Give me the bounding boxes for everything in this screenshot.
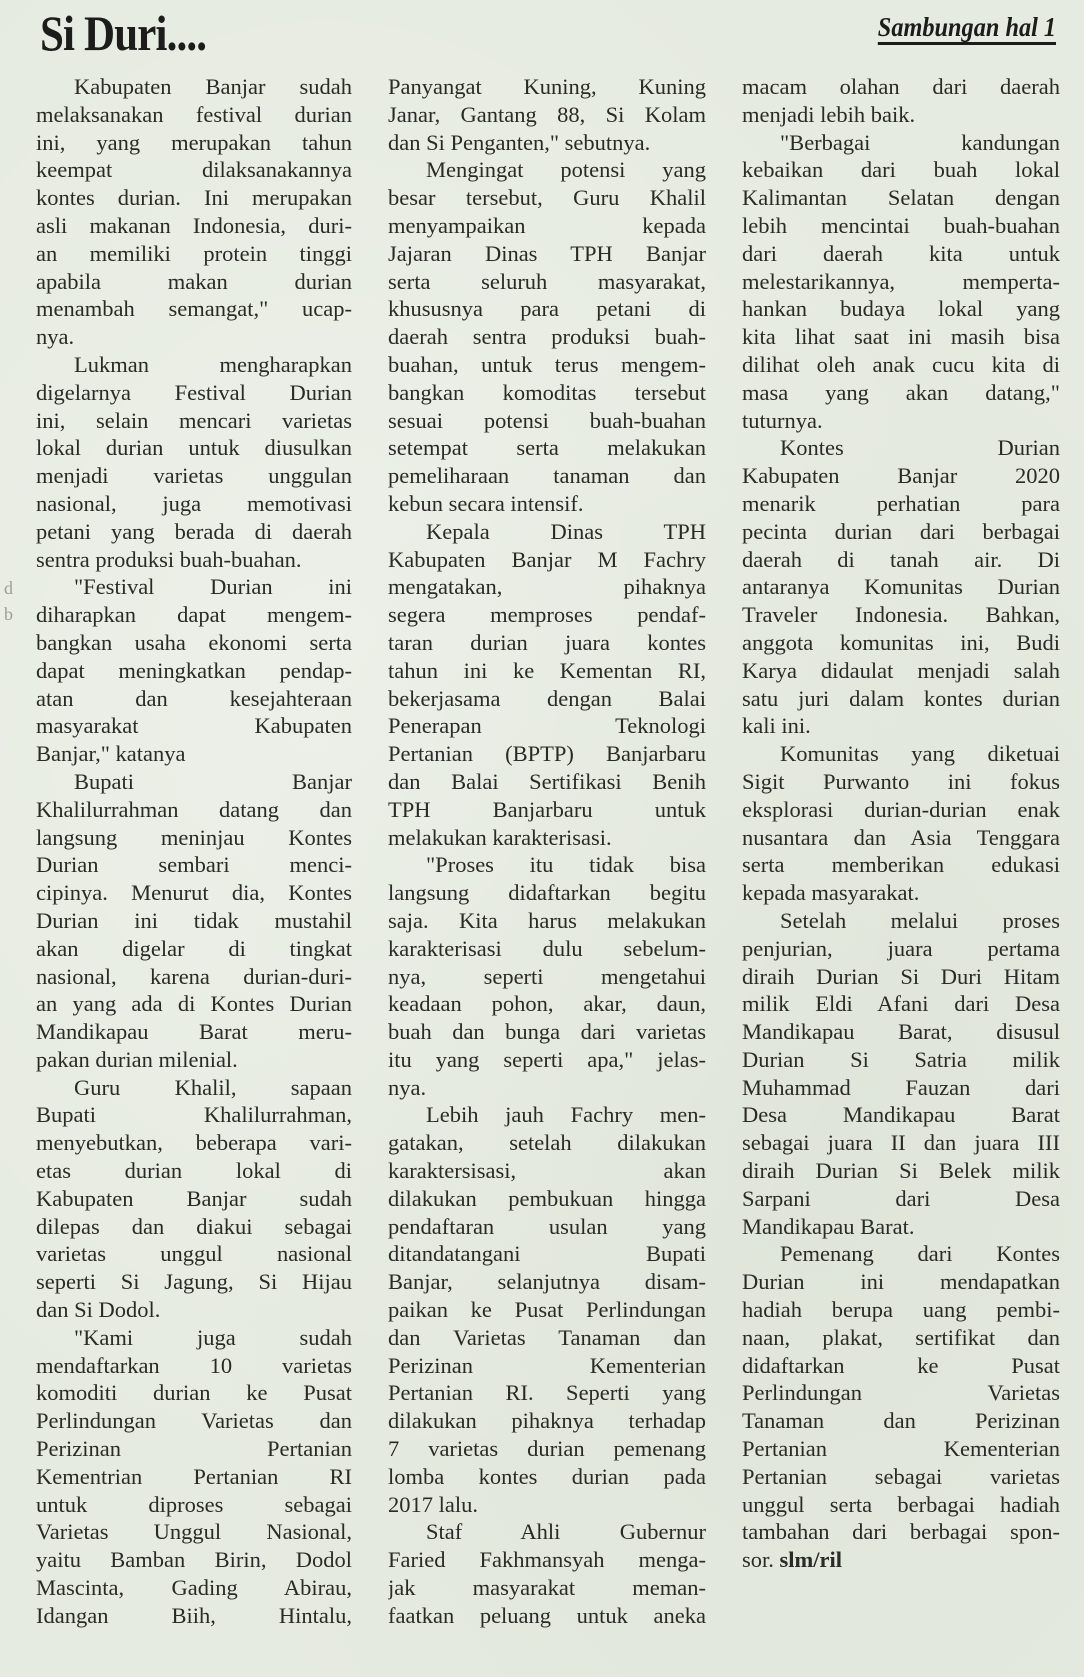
line-text: dilihat oleh anak cucu kita di xyxy=(742,352,1060,377)
article-text-line: dan Si Dodol. xyxy=(36,1296,352,1324)
line-text: besar tersebut, Guru Khalil xyxy=(388,185,706,210)
article-text-line: Mandikapau Barat. xyxy=(742,1213,1060,1241)
line-text: tambahan dari berbagai spon- xyxy=(742,1519,1060,1544)
article-text-line: khususnya para petani di xyxy=(388,295,706,323)
line-text: hankan budaya lokal yang xyxy=(742,296,1060,321)
line-text: menarik perhatian para xyxy=(742,491,1060,516)
article-text-line: atan dan kesejahteraan xyxy=(36,685,352,713)
article-text-line: pakan durian milenial. xyxy=(36,1046,352,1074)
article-text-line: digelarnya Festival Durian xyxy=(36,379,352,407)
line-text: nusantara dan Asia Tenggara xyxy=(742,825,1060,850)
article-text-line: karakterisasi dulu sebelum- xyxy=(388,935,706,963)
article-text-line: nasional, karena durian-duri- xyxy=(36,963,352,991)
article-text-line: sebagai juara II dan juara III xyxy=(742,1129,1060,1157)
line-text: Tanaman dan Perizinan xyxy=(742,1408,1060,1433)
line-text: kita lihat saat ini masih bisa xyxy=(742,324,1060,349)
article-text-line: penjurian, juara pertama xyxy=(742,935,1060,963)
line-text: paikan ke Pusat Perlindungan xyxy=(388,1297,706,1322)
article-text-line: kebaikan dari buah lokal xyxy=(742,156,1060,184)
article-text-line: pendaftaran usulan yang xyxy=(388,1213,706,1241)
line-text: diraih Durian Si Duri Hitam xyxy=(742,964,1060,989)
line-text: Mandikapau Barat, disusul xyxy=(742,1019,1060,1044)
article-text-line: melaksanakan festival durian xyxy=(36,101,352,129)
line-text: Faried Fakhmansyah menga- xyxy=(388,1547,706,1572)
article-text-line: sesuai potensi buah-buahan xyxy=(388,407,706,435)
article-text-line: bangkan komoditas tersebut xyxy=(388,379,706,407)
line-text: TPH Banjarbaru untuk xyxy=(388,797,706,822)
line-text: Durian Si Satria milik xyxy=(742,1047,1060,1072)
article-text-line: macam olahan dari daerah xyxy=(742,73,1060,101)
line-text: Perlindungan Varietas xyxy=(742,1380,1060,1405)
line-text: buahan, untuk terus mengem- xyxy=(388,352,706,377)
line-text: Kabupaten Banjar 2020 xyxy=(742,463,1060,488)
line-text: faatkan peluang untuk aneka xyxy=(388,1603,706,1628)
article-text-line: Banjar," katanya xyxy=(36,740,352,768)
article-text-line: Pertanian RI. Seperti yang xyxy=(388,1379,706,1407)
article-text-line: tuturnya. xyxy=(742,407,1060,435)
article-text-line: ini, selain mencari varietas xyxy=(36,407,352,435)
line-text: Lukman mengharapkan xyxy=(74,352,352,377)
article-text-line: untuk diproses sebagai xyxy=(36,1491,352,1519)
article-text-line: Perizinan Kementerian xyxy=(388,1352,706,1380)
line-text: mendaftarkan 10 varietas xyxy=(36,1353,352,1378)
article-text-line: langsung meninjau Kontes xyxy=(36,824,352,852)
margin-bleed-mark: d xyxy=(4,578,13,599)
article-text-line: Traveler Indonesia. Bahkan, xyxy=(742,601,1060,629)
article-text-line: Kabupaten Banjar M Fachry xyxy=(388,546,706,574)
line-text: nya. xyxy=(36,324,74,349)
article-text-line: yaitu Bamban Birin, Dodol xyxy=(36,1546,352,1574)
article-text-line: Jajaran Dinas TPH Banjar xyxy=(388,240,706,268)
line-text: pemeliharaan tanaman dan xyxy=(388,463,706,488)
article-text-line: kepada masyarakat. xyxy=(742,879,1060,907)
article-text-line: TPH Banjarbaru untuk xyxy=(388,796,706,824)
line-text: pendaftaran usulan yang xyxy=(388,1214,706,1239)
line-text: karaktersisasi, akan xyxy=(388,1158,706,1183)
line-text: komoditi durian ke Pusat xyxy=(36,1380,352,1405)
article-text-line: Muhammad Fauzan dari xyxy=(742,1074,1060,1102)
article-text-line: Mascinta, Gading Abirau, xyxy=(36,1574,352,1602)
line-text: hadiah berupa uang pembi- xyxy=(742,1297,1060,1322)
article-text-line: setempat serta melakukan xyxy=(388,434,706,462)
line-text: sentra produksi buah-buahan. xyxy=(36,547,302,572)
line-text: kebun secara intensif. xyxy=(388,491,584,516)
line-text: menjadi lebih baik. xyxy=(742,102,915,127)
line-text: Janar, Gantang 88, Si Kolam xyxy=(388,102,706,127)
article-text-line: etas durian lokal di xyxy=(36,1157,352,1185)
line-text: kali ini. xyxy=(742,713,811,738)
article-text-line: faatkan peluang untuk aneka xyxy=(388,1602,706,1630)
article-text-line: dilihat oleh anak cucu kita di xyxy=(742,351,1060,379)
article-text-line: nya. xyxy=(36,323,352,351)
article-text-line: asli makanan Indonesia, duri- xyxy=(36,212,352,240)
line-text: Durian ini mendapatkan xyxy=(742,1269,1060,1294)
article-text-line: dilakukan pihaknya terhadap xyxy=(388,1407,706,1435)
line-text: itu yang seperti apa," jelas- xyxy=(388,1047,706,1072)
article-text-line: Durian ini mendapatkan xyxy=(742,1268,1060,1296)
article-text-line: dan Balai Sertifikasi Benih xyxy=(388,768,706,796)
article-text-line: melakukan karakterisasi. xyxy=(388,824,706,852)
article-text-line: Durian sembari menci- xyxy=(36,851,352,879)
article-text-line: ditandatangani Bupati xyxy=(388,1240,706,1268)
article-text-line: menjadi varietas unggulan xyxy=(36,462,352,490)
article-text-line: bekerjasama dengan Balai xyxy=(388,685,706,713)
line-text: serta seluruh masyarakat, xyxy=(388,269,706,294)
article-text-line: hadiah berupa uang pembi- xyxy=(742,1296,1060,1324)
line-text: daerah sentra produksi buah- xyxy=(388,324,706,349)
line-text: Sigit Purwanto ini fokus xyxy=(742,769,1060,794)
article-text-line: menjadi lebih baik. xyxy=(742,101,1060,129)
line-text: asli makanan Indonesia, duri- xyxy=(36,213,352,238)
continuation-label: Sambungan hal 1 xyxy=(878,14,1056,45)
line-text: nasional, karena durian-duri- xyxy=(36,964,352,989)
line-text: eksplorasi durian-durian enak xyxy=(742,797,1060,822)
line-text: Perizinan Pertanian xyxy=(36,1436,352,1461)
article-column-1: Kabupaten Banjar sudahmelaksanakan festi… xyxy=(36,73,352,1630)
article-text-line: paikan ke Pusat Perlindungan xyxy=(388,1296,706,1324)
article-text-line: serta memberikan edukasi xyxy=(742,851,1060,879)
article-column-3: macam olahan dari daerahmenjadi lebih ba… xyxy=(742,73,1060,1574)
article-text-line: Janar, Gantang 88, Si Kolam xyxy=(388,101,706,129)
line-text: didaftarkan ke Pusat xyxy=(742,1353,1060,1378)
article-column-2: Panyangat Kuning, KuningJanar, Gantang 8… xyxy=(388,73,706,1630)
article-text-line: komoditi durian ke Pusat xyxy=(36,1379,352,1407)
line-text: Mandikapau Barat. xyxy=(742,1214,914,1239)
line-text: anggota komunitas ini, Budi xyxy=(742,630,1060,655)
line-text: akan digelar di tingkat xyxy=(36,936,352,961)
line-text: melakukan karakterisasi. xyxy=(388,825,612,850)
article-text-line: Lukman mengharapkan xyxy=(36,351,352,379)
line-text: jak masyarakat meman- xyxy=(388,1575,706,1600)
article-text-line: Guru Khalil, sapaan xyxy=(36,1074,352,1102)
line-text: Mengingat potensi yang xyxy=(426,157,706,182)
line-text: melaksanakan festival durian xyxy=(36,102,352,127)
line-text: dan Varietas Tanaman dan xyxy=(388,1325,706,1350)
article-text-line: Kabupaten Banjar sudah xyxy=(36,1185,352,1213)
line-text: Banjar, selanjutnya disam- xyxy=(388,1269,706,1294)
line-text: varietas unggul nasional xyxy=(36,1241,352,1266)
article-text-line: dapat meningkatkan pendap- xyxy=(36,657,352,685)
line-text: dan Si Penganten," sebutnya. xyxy=(388,130,650,155)
article-text-line: Kabupaten Banjar sudah xyxy=(36,73,352,101)
article-text-line: Mandikapau Barat, disusul xyxy=(742,1018,1060,1046)
line-text: dapat meningkatkan pendap- xyxy=(36,658,352,683)
article-text-line: tahun ini ke Kementan RI, xyxy=(388,657,706,685)
article-text-line: Perlindungan Varietas dan xyxy=(36,1407,352,1435)
line-text: menyebutkan, beberapa vari- xyxy=(36,1130,352,1155)
article-text-line: masyarakat Kabupaten xyxy=(36,712,352,740)
article-text-line: an yang ada di Kontes Durian xyxy=(36,990,352,1018)
article-text-line: anggota komunitas ini, Budi xyxy=(742,629,1060,657)
line-text: ini, selain mencari varietas xyxy=(36,408,352,433)
line-text: dilakukan pihaknya terhadap xyxy=(388,1408,706,1433)
line-text: Bupati Banjar xyxy=(74,769,352,794)
article-text-line: nya, seperti mengetahui xyxy=(388,963,706,991)
line-text: keempat dilaksanakannya xyxy=(36,157,352,182)
article-text-line: akan digelar di tingkat xyxy=(36,935,352,963)
article-text-line: Komunitas yang diketuai xyxy=(742,740,1060,768)
article-text-line: Kalimantan Selatan dengan xyxy=(742,184,1060,212)
line-text: melestarikannya, memperta- xyxy=(742,269,1060,294)
line-text: daerah di tanah air. Di xyxy=(742,547,1060,572)
article-text-line: dari daerah kita untuk xyxy=(742,240,1060,268)
article-text-line: kali ini. xyxy=(742,712,1060,740)
line-text: nya. xyxy=(388,1075,426,1100)
line-text: 7 varietas durian pemenang xyxy=(388,1436,706,1461)
line-text: Desa Mandikapau Barat xyxy=(742,1102,1060,1127)
article-text-line: daerah sentra produksi buah- xyxy=(388,323,706,351)
line-text: menambah semangat," ucap- xyxy=(36,296,352,321)
article-text-line: Mengingat potensi yang xyxy=(388,156,706,184)
article-text-line: nasional, juga memotivasi xyxy=(36,490,352,518)
line-text: macam olahan dari daerah xyxy=(742,74,1060,99)
line-text: naan, plakat, sertifikat dan xyxy=(742,1325,1060,1350)
line-text: atan dan kesejahteraan xyxy=(36,686,352,711)
line-text: langsung didaftarkan begitu xyxy=(388,880,706,905)
line-text: Panyangat Kuning, Kuning xyxy=(388,74,706,99)
line-text: nya, seperti mengetahui xyxy=(388,964,706,989)
line-text: Guru Khalil, sapaan xyxy=(74,1075,352,1100)
article-text-line: pemeliharaan tanaman dan xyxy=(388,462,706,490)
article-text-line: milik Eldi Afani dari Desa xyxy=(742,990,1060,1018)
line-text: Jajaran Dinas TPH Banjar xyxy=(388,241,706,266)
line-text: Kalimantan Selatan dengan xyxy=(742,185,1060,210)
article-text-line: menyebutkan, beberapa vari- xyxy=(36,1129,352,1157)
article-text-line: Staf Ahli Gubernur xyxy=(388,1518,706,1546)
article-text-line: Kontes Durian xyxy=(742,434,1060,462)
line-text: lomba kontes durian pada xyxy=(388,1464,706,1489)
article-text-line: masa yang akan datang," xyxy=(742,379,1060,407)
line-text: masyarakat Kabupaten xyxy=(36,713,352,738)
line-text: Kepala Dinas TPH xyxy=(426,519,706,544)
line-text: Khalilurrahman datang dan xyxy=(36,797,352,822)
line-text: mengatakan, pihaknya xyxy=(388,574,706,599)
margin-bleed-mark: b xyxy=(4,604,13,625)
line-text: lebih mencintai buah-buahan xyxy=(742,213,1060,238)
line-text: etas durian lokal di xyxy=(36,1158,352,1183)
article-text-line: dilepas dan diakui sebagai xyxy=(36,1213,352,1241)
article-text-line: buah dan bunga dari varietas xyxy=(388,1018,706,1046)
author-byline: slm/ril xyxy=(780,1547,843,1572)
article-text-line: Durian ini tidak mustahil xyxy=(36,907,352,935)
line-text: saja. Kita harus melakukan xyxy=(388,908,706,933)
line-text: masa yang akan datang," xyxy=(742,380,1060,405)
line-text: Traveler Indonesia. Bahkan, xyxy=(742,602,1060,627)
line-text: karakterisasi dulu sebelum- xyxy=(388,936,706,961)
article-text-line: mendaftarkan 10 varietas xyxy=(36,1352,352,1380)
line-text: "Berbagai kandungan xyxy=(780,130,1060,155)
article-text-line: dan Si Penganten," sebutnya. xyxy=(388,129,706,157)
article-text-line: Durian Si Satria milik xyxy=(742,1046,1060,1074)
line-text: Komunitas yang diketuai xyxy=(780,741,1060,766)
line-text: dan Balai Sertifikasi Benih xyxy=(388,769,706,794)
line-text: Karya didaulat menjadi salah xyxy=(742,658,1060,683)
line-text: langsung meninjau Kontes xyxy=(36,825,352,850)
article-text-line: Mandikapau Barat meru- xyxy=(36,1018,352,1046)
article-text-line: Panyangat Kuning, Kuning xyxy=(388,73,706,101)
article-text-line: Perlindungan Varietas xyxy=(742,1379,1060,1407)
article-text-line: hankan budaya lokal yang xyxy=(742,295,1060,323)
article-text-line: menarik perhatian para xyxy=(742,490,1060,518)
article-text-line: dan Varietas Tanaman dan xyxy=(388,1324,706,1352)
line-text: nasional, juga memotivasi xyxy=(36,491,352,516)
article-text-line: antaranya Komunitas Durian xyxy=(742,573,1060,601)
article-text-line: saja. Kita harus melakukan xyxy=(388,907,706,935)
article-text-line: keadaan pohon, akar, daun, xyxy=(388,990,706,1018)
line-text: tuturnya. xyxy=(742,408,823,433)
article-text-line: kontes durian. Ini merupakan xyxy=(36,184,352,212)
line-text: sebagai juara II dan juara III xyxy=(742,1130,1060,1155)
line-text: kontes durian. Ini merupakan xyxy=(36,185,352,210)
article-text-line: menyampaikan kepada xyxy=(388,212,706,240)
line-text: Penerapan Teknologi xyxy=(388,713,706,738)
line-text: unggul serta berbagai hadiah xyxy=(742,1492,1060,1517)
article-text-line: menambah semangat," ucap- xyxy=(36,295,352,323)
article-text-line: buahan, untuk terus mengem- xyxy=(388,351,706,379)
line-text: yaitu Bamban Birin, Dodol xyxy=(36,1547,352,1572)
line-text: Perizinan Kementerian xyxy=(388,1353,706,1378)
article-text-line: "Proses itu tidak bisa xyxy=(388,851,706,879)
article-text-line: tambahan dari berbagai spon- xyxy=(742,1518,1060,1546)
article-text-line: diraih Durian Si Duri Hitam xyxy=(742,963,1060,991)
line-text: "Kami juga sudah xyxy=(74,1325,352,1350)
article-text-line: Bupati Khalilurrahman, xyxy=(36,1101,352,1129)
line-text: buah dan bunga dari varietas xyxy=(388,1019,706,1044)
line-text: keadaan pohon, akar, daun, xyxy=(388,991,706,1016)
line-text: Perlindungan Varietas dan xyxy=(36,1408,352,1433)
line-text: apabila makan durian xyxy=(36,269,352,294)
line-text: Pertanian (BPTP) Banjarbaru xyxy=(388,741,706,766)
line-text: Mascinta, Gading Abirau, xyxy=(36,1575,352,1600)
line-text: diraih Durian Si Belek milik xyxy=(742,1158,1060,1183)
article-text-line: mengatakan, pihaknya xyxy=(388,573,706,601)
line-text: Kabupaten Banjar sudah xyxy=(36,1186,352,1211)
line-text: dilepas dan diakui sebagai xyxy=(36,1214,352,1239)
article-text-line: nusantara dan Asia Tenggara xyxy=(742,824,1060,852)
line-text: bangkan usaha ekonomi serta xyxy=(36,630,352,655)
line-text: Kabupaten Banjar M Fachry xyxy=(388,547,706,572)
line-text: Sarpani dari Desa xyxy=(742,1186,1060,1211)
line-text: seperti Si Jagung, Si Hijau xyxy=(36,1269,352,1294)
article-text-line: lokal durian untuk diusulkan xyxy=(36,434,352,462)
article-text-line: cipinya. Menurut dia, Kontes xyxy=(36,879,352,907)
article-text-line: "Berbagai kandungan xyxy=(742,129,1060,157)
article-text-line: jak masyarakat meman- xyxy=(388,1574,706,1602)
article-text-line: nya. xyxy=(388,1074,706,1102)
article-text-line: Desa Mandikapau Barat xyxy=(742,1101,1060,1129)
line-text: "Festival Durian ini xyxy=(74,574,352,599)
line-text: penjurian, juara pertama xyxy=(742,936,1060,961)
line-text: satu juri dalam kontes durian xyxy=(742,686,1060,711)
line-text: khususnya para petani di xyxy=(388,296,706,321)
article-text-line: Kementrian Pertanian RI xyxy=(36,1463,352,1491)
line-text: taran durian juara kontes xyxy=(388,630,706,655)
article-text-line: besar tersebut, Guru Khalil xyxy=(388,184,706,212)
article-text-line: unggul serta berbagai hadiah xyxy=(742,1491,1060,1519)
article-text-line: kebun secara intensif. xyxy=(388,490,706,518)
article-text-line: kita lihat saat ini masih bisa xyxy=(742,323,1060,351)
line-text: diharapkan dapat mengem- xyxy=(36,602,352,627)
article-text-line: Tanaman dan Perizinan xyxy=(742,1407,1060,1435)
article-text-line: melestarikannya, memperta- xyxy=(742,268,1060,296)
article-text-line: karaktersisasi, akan xyxy=(388,1157,706,1185)
article-text-line: didaftarkan ke Pusat xyxy=(742,1352,1060,1380)
line-text: kebaikan dari buah lokal xyxy=(742,157,1060,182)
line-text: Pemenang dari Kontes xyxy=(780,1241,1060,1266)
line-text: dilakukan pembukuan hingga xyxy=(388,1186,706,1211)
article-text-line: Kabupaten Banjar 2020 xyxy=(742,462,1060,490)
line-text: Pertanian RI. Seperti yang xyxy=(388,1380,706,1405)
article-text-line: Perizinan Pertanian xyxy=(36,1435,352,1463)
line-text: setempat serta melakukan xyxy=(388,435,706,460)
article-text-line: Kepala Dinas TPH xyxy=(388,518,706,546)
article-text-line: Varietas Unggul Nasional, xyxy=(36,1518,352,1546)
article-text-line: taran durian juara kontes xyxy=(388,629,706,657)
article-text-line: itu yang seperti apa," jelas- xyxy=(388,1046,706,1074)
article-text-line: Karya didaulat menjadi salah xyxy=(742,657,1060,685)
article-text-line: Bupati Banjar xyxy=(36,768,352,796)
article-headline: Si Duri.... xyxy=(40,8,206,58)
article-text-line: lebih mencintai buah-buahan xyxy=(742,212,1060,240)
article-text-line: segera memproses pendaf- xyxy=(388,601,706,629)
line-text: sor. xyxy=(742,1547,774,1572)
article-text-line: keempat dilaksanakannya xyxy=(36,156,352,184)
line-text: ini, yang merupakan tahun xyxy=(36,130,352,155)
line-text: sesuai potensi buah-buahan xyxy=(388,408,706,433)
line-text: kepada masyarakat. xyxy=(742,880,919,905)
article-text-line: dilakukan pembukuan hingga xyxy=(388,1185,706,1213)
line-text: Setelah melalui proses xyxy=(780,908,1060,933)
article-text-line: Pemenang dari Kontes xyxy=(742,1240,1060,1268)
line-text: petani yang berada di daerah xyxy=(36,519,352,544)
line-text: Muhammad Fauzan dari xyxy=(742,1075,1060,1100)
article-text-line: eksplorasi durian-durian enak xyxy=(742,796,1060,824)
article-text-line: apabila makan durian xyxy=(36,268,352,296)
line-text: segera memproses pendaf- xyxy=(388,602,706,627)
article-text-line: Khalilurrahman datang dan xyxy=(36,796,352,824)
article-text-line: gatakan, setelah dilakukan xyxy=(388,1129,706,1157)
article-text-line: 2017 lalu. xyxy=(388,1491,706,1519)
article-text-line: Sarpani dari Desa xyxy=(742,1185,1060,1213)
article-text-line: "Kami juga sudah xyxy=(36,1324,352,1352)
article-text-line: seperti Si Jagung, Si Hijau xyxy=(36,1268,352,1296)
line-text: dari daerah kita untuk xyxy=(742,241,1060,266)
article-text-line: daerah di tanah air. Di xyxy=(742,546,1060,574)
article-text-line: bangkan usaha ekonomi serta xyxy=(36,629,352,657)
article-text-line: naan, plakat, sertifikat dan xyxy=(742,1324,1060,1352)
line-text: Kementrian Pertanian RI xyxy=(36,1464,352,1489)
article-text-line: serta seluruh masyarakat, xyxy=(388,268,706,296)
line-text: serta memberikan edukasi xyxy=(742,852,1060,877)
article-text-line: ini, yang merupakan tahun xyxy=(36,129,352,157)
article-text-line: Banjar, selanjutnya disam- xyxy=(388,1268,706,1296)
article-text-line: an memiliki protein tinggi xyxy=(36,240,352,268)
line-text: 2017 lalu. xyxy=(388,1492,478,1517)
article-text-line: langsung didaftarkan begitu xyxy=(388,879,706,907)
article-text-line: Penerapan Teknologi xyxy=(388,712,706,740)
line-text: Pertanian Kementerian xyxy=(742,1436,1060,1461)
line-text: bekerjasama dengan Balai xyxy=(388,686,706,711)
line-text: menyampaikan kepada xyxy=(388,213,706,238)
line-text: ditandatangani Bupati xyxy=(388,1241,706,1266)
line-text: pecinta durian dari berbagai xyxy=(742,519,1060,544)
line-text: dan Si Dodol. xyxy=(36,1297,160,1322)
line-text: digelarnya Festival Durian xyxy=(36,380,352,405)
line-text: bangkan komoditas tersebut xyxy=(388,380,706,405)
line-text: gatakan, setelah dilakukan xyxy=(388,1130,706,1155)
article-text-line: lomba kontes durian pada xyxy=(388,1463,706,1491)
article-text-line: "Festival Durian ini xyxy=(36,573,352,601)
